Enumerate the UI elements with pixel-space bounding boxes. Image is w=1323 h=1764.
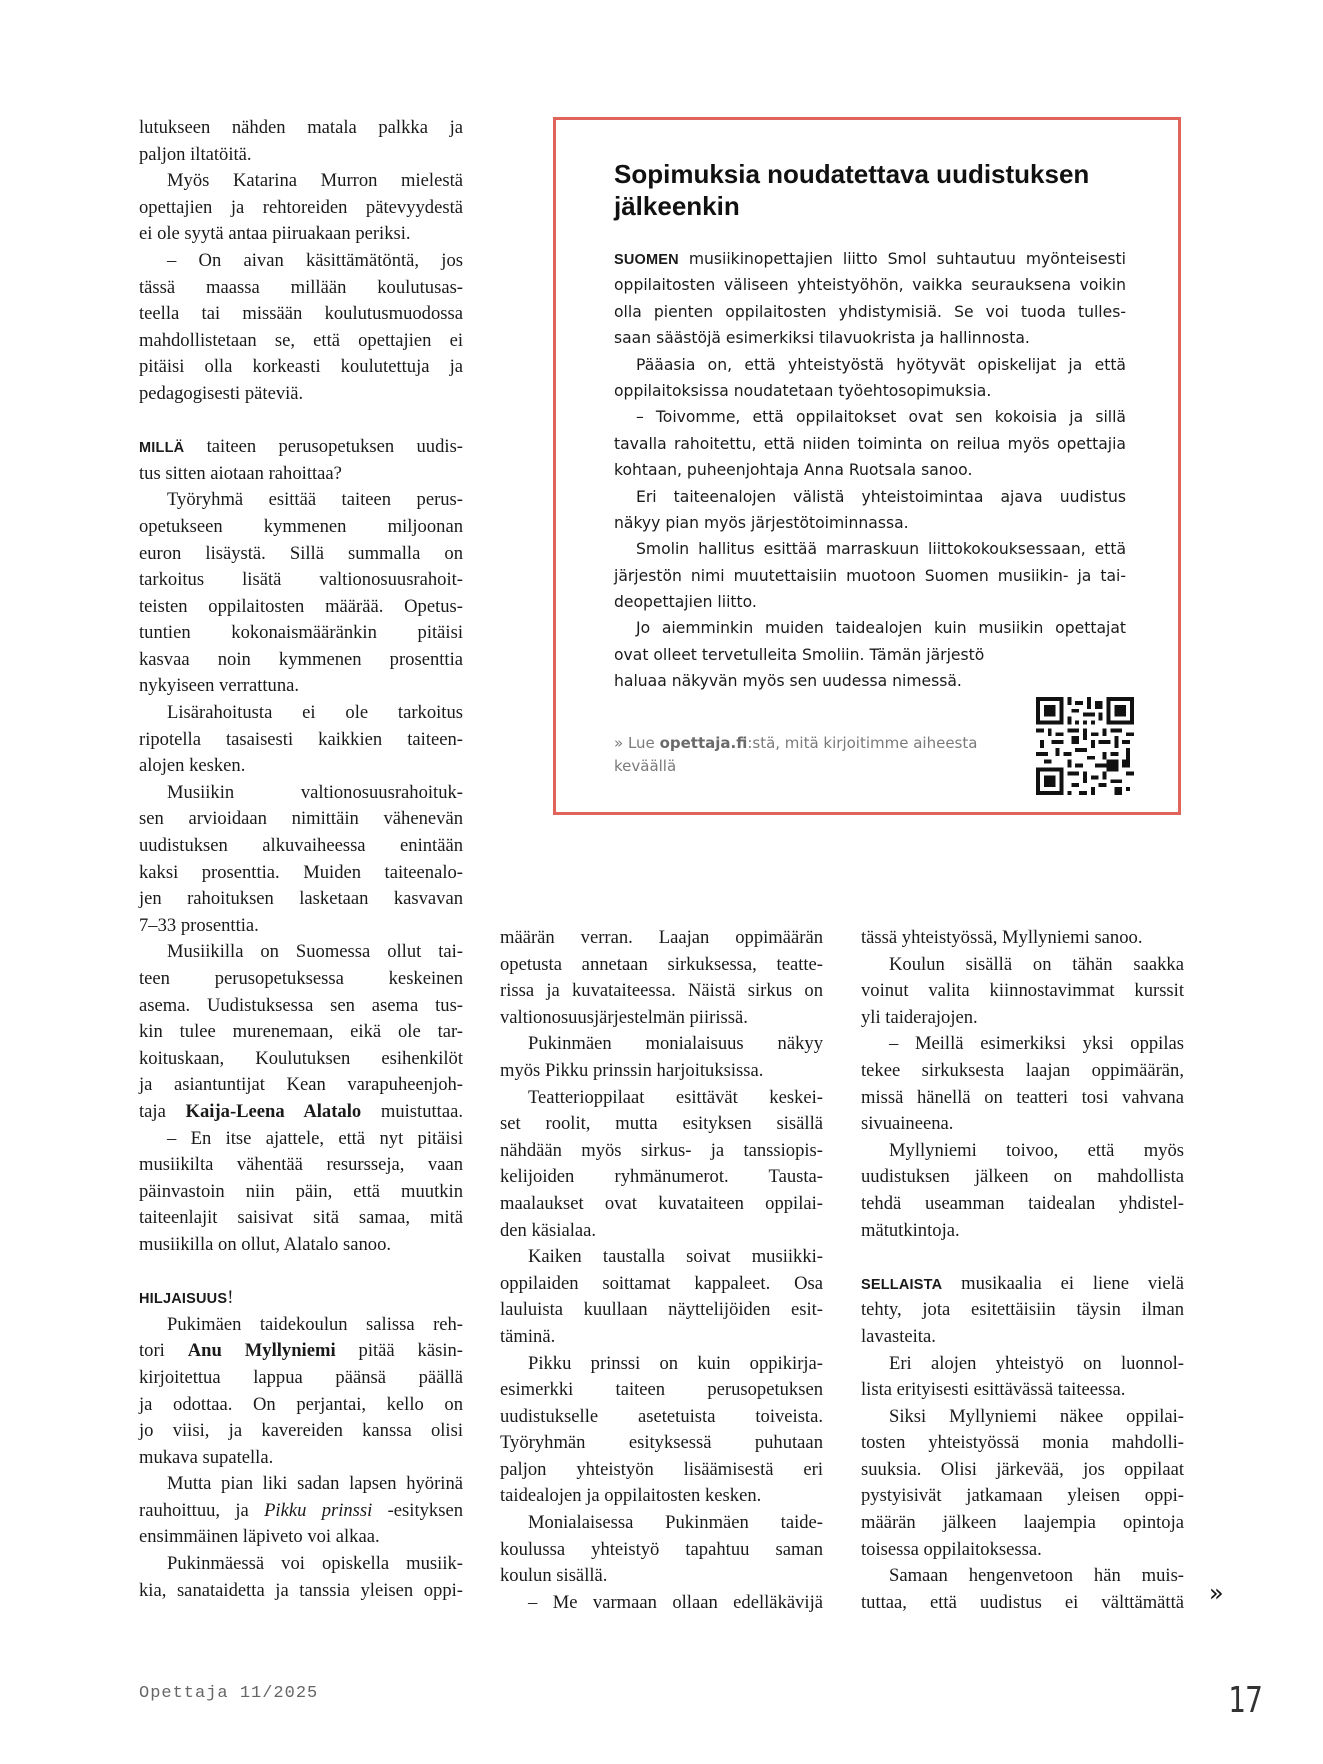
text-line: määrän verran. Laajan oppimäärän bbox=[500, 925, 823, 952]
text-line: lutukseen nähden matala palkka ja bbox=[139, 115, 463, 142]
text-line: teisten oppilaitosten määrää. Opetus- bbox=[139, 594, 463, 621]
section-lead-line: SELLAISTA musikaalia ei liene vielä bbox=[861, 1271, 1184, 1298]
article-column-middle: määrän verran. Laajan oppimäärän opetust… bbox=[500, 925, 823, 1616]
text-line: missä hänellä on teatteri tosi vahvana bbox=[861, 1085, 1184, 1112]
text-line: Samaan hengenvetoon hän muis- bbox=[861, 1563, 1184, 1590]
text-line: – On aivan käsittämätöntä, jos bbox=[139, 248, 463, 275]
text-line: – En itse ajattele, että nyt pitäisi bbox=[139, 1126, 463, 1153]
text-line: tekee sirkuksesta laajan oppimäärän, bbox=[861, 1058, 1184, 1085]
text-line: kelijoiden ryhmänumerot. Tausta- bbox=[500, 1164, 823, 1191]
text-line: Teatterioppilaat esittävät keskei- bbox=[500, 1085, 823, 1112]
text-line: opettajien ja rehtoreiden pätevyydestä bbox=[139, 195, 463, 222]
text-line: tuntien kokonaismääränkin pitäisi bbox=[139, 620, 463, 647]
text-line: Musiikin valtionosuusrahoituk- bbox=[139, 780, 463, 807]
text-line: Pukinmäen monialaisuus näkyy bbox=[500, 1031, 823, 1058]
text-line: tehdä useamman taidealan yhdistel- bbox=[861, 1191, 1184, 1218]
site-link[interactable]: opettaja.fi bbox=[660, 734, 748, 752]
person-name: Anu Myllyniemi bbox=[188, 1340, 336, 1361]
text-line: tuttaa, että uudistus ei välttämättä bbox=[861, 1590, 1184, 1617]
text-line: Lisärahoitusta ei ole tarkoitus bbox=[139, 700, 463, 727]
text-line: taiteenlajit saisivat sitä samaa, mitä bbox=[139, 1205, 463, 1232]
text-line: Mutta pian liki sadan lapsen hyörinä bbox=[139, 1471, 463, 1498]
sidebar-box-title: Sopimuksia noudatettava uudistuksen jälk… bbox=[614, 158, 1134, 222]
text-line: teella tai missään koulutusmuodossa bbox=[139, 301, 463, 328]
section-lead-line: MILLÄ taiteen perusopetuksen uudis- bbox=[139, 434, 463, 461]
text-line: saan säästöjä esimerkiksi tilavuokrista … bbox=[614, 325, 1126, 351]
text-line: tässä yhteistyössä, Myllyniemi sanoo. bbox=[861, 925, 1184, 952]
text-line: oppilaiden soittamat kappaleet. Osa bbox=[500, 1271, 823, 1298]
text-line: kirjoitettua lappua päänsä päällä bbox=[139, 1365, 463, 1392]
text-line: den käsialaa. bbox=[500, 1218, 823, 1245]
text-line: kohtaan, puheenjohtaja Anna Ruotsala san… bbox=[614, 457, 1126, 483]
text-line: euron lisäystä. Sillä summalla on bbox=[139, 541, 463, 568]
text-line: tarkoitus lisätä valtionosuusrahoit- bbox=[139, 567, 463, 594]
text-line: Koulun sisällä on tähän saakka bbox=[861, 952, 1184, 979]
text-line: näkyy pian myös järjestötoiminnassa. bbox=[614, 510, 1126, 536]
section-lead-suomen: SUOMEN bbox=[614, 252, 679, 268]
read-more-link[interactable]: » Lue opettaja.fi:stä, mitä kirjoitimme … bbox=[614, 732, 994, 778]
text-line: paljon iltatöitä. bbox=[139, 142, 463, 169]
section-lead-hiljaisuus: HILJAISUUS bbox=[139, 1291, 227, 1307]
text-line: asema. Uudistuksessa sen asema tus- bbox=[139, 993, 463, 1020]
text-line: Musiikilla on Suomessa ollut tai- bbox=[139, 939, 463, 966]
text-line: tavalla rahoitettu, että niiden toiminta… bbox=[614, 431, 1126, 457]
text-line: Työryhmän esityksessä puhutaan bbox=[500, 1430, 823, 1457]
text-line: musiikilta vähentää resursseja, vaan bbox=[139, 1152, 463, 1179]
text-line: opetukseen kymmenen miljoonan bbox=[139, 514, 463, 541]
text-line: kin tulee murenemaan, eikä ole tar- bbox=[139, 1019, 463, 1046]
text-line: rauhoittuu, ja Pikku prinssi -esityksen bbox=[139, 1498, 463, 1525]
double-chevron-right-icon: » bbox=[614, 734, 623, 752]
text-line: ja odottaa. On perjantai, kello on bbox=[139, 1392, 463, 1419]
text-line: ei ole syytä antaa piiruakaan periksi. bbox=[139, 221, 463, 248]
text-line: musiikilla on ollut, Alatalo sanoo. bbox=[139, 1232, 463, 1259]
text-line: Eri alojen yhteistyö on luonnol- bbox=[861, 1351, 1184, 1378]
text-line: tosten yhteistyössä monia mahdolli- bbox=[861, 1430, 1184, 1457]
text-line: mätutkintoja. bbox=[861, 1218, 1184, 1245]
text-line: maalaukset ovat kuvataiteen oppilai- bbox=[500, 1191, 823, 1218]
sidebar-box: Sopimuksia noudatettava uudistuksen jälk… bbox=[553, 117, 1181, 815]
text-line: teen perusopetuksessa keskeinen bbox=[139, 966, 463, 993]
article-column-right: tässä yhteistyössä, Myllyniemi sanoo. Ko… bbox=[861, 925, 1184, 1616]
qr-code-icon[interactable] bbox=[1036, 697, 1134, 795]
text-line: Pukimäen taidekoulun salissa reh- bbox=[139, 1312, 463, 1339]
text-line: Pikku prinssi on kuin oppikirja- bbox=[500, 1351, 823, 1378]
text-line: alojen kesken. bbox=[139, 753, 463, 780]
text-line: koulussa yhteistyö tapahtuu saman bbox=[500, 1537, 823, 1564]
text-line: Pääasia on, että yhteistyöstä hyötyvät o… bbox=[614, 352, 1126, 378]
text-line: suuksia. Olisi järkevää, jos oppilaat bbox=[861, 1457, 1184, 1484]
text-line: kia, sanataidetta ja tanssia yleisen opp… bbox=[139, 1578, 463, 1605]
text-line: järjestön nimi muutettaisiin muotoon Suo… bbox=[614, 563, 1126, 589]
work-title: Pikku prinssi bbox=[264, 1500, 372, 1521]
text-line: tus sitten aiotaan rahoittaa? bbox=[139, 461, 463, 488]
text-line: ovat olleet tervetulleita Smoliin. Tämän… bbox=[614, 642, 1126, 668]
text-line: päinvastoin niin päin, että muutkin bbox=[139, 1179, 463, 1206]
text-line: kaksi prosenttia. Muiden taiteenalo- bbox=[139, 860, 463, 887]
text-line: koituskaan, Koulutuksen esihenkilöt bbox=[139, 1046, 463, 1073]
text-line: Monialaisessa Pukinmäen taide- bbox=[500, 1510, 823, 1537]
text-line: Myllyniemi toivoo, että myös bbox=[861, 1138, 1184, 1165]
text-line: myös Pikku prinssin harjoituksissa. bbox=[500, 1058, 823, 1085]
text-line: ensimmäinen läpiveto voi alkaa. bbox=[139, 1524, 463, 1551]
text-line: voinut valita kiinnostavimmat kurssit bbox=[861, 978, 1184, 1005]
text-line: sen arvioidaan nimittäin vähenevän bbox=[139, 806, 463, 833]
text-line: lista erityisesti esittävässä taiteessa. bbox=[861, 1377, 1184, 1404]
text-line: haluaa näkyvän myös sen uudessa nimessä. bbox=[614, 668, 1126, 694]
article-column-left: lutukseen nähden matala palkka ja paljon… bbox=[139, 115, 463, 1604]
text-line: taja Kaija-Leena Alatalo muistuttaa. bbox=[139, 1099, 463, 1126]
text-line: mukava supatella. bbox=[139, 1445, 463, 1472]
text-line: täminä. bbox=[500, 1324, 823, 1351]
text-line: toisessa oppilaitoksessa. bbox=[861, 1537, 1184, 1564]
text-line: kasvaa noin kymmenen prosenttia bbox=[139, 647, 463, 674]
text-line: tori Anu Myllyniemi pitää käsin- bbox=[139, 1338, 463, 1365]
text-line: taidealojen ja oppilaitosten kesken. bbox=[500, 1483, 823, 1510]
text-line: nykyiseen verrattuna. bbox=[139, 673, 463, 700]
continue-arrow-icon: » bbox=[1209, 1580, 1224, 1606]
text-line: Jo aiemminkin muiden taidealojen kuin mu… bbox=[614, 615, 1126, 641]
section-lead-milla: MILLÄ bbox=[139, 440, 184, 456]
text-line: Kaiken taustalla soivat musiikki- bbox=[500, 1244, 823, 1271]
text-line: – Toivomme, että oppilaitokset ovat sen … bbox=[614, 404, 1126, 430]
section-lead-sellaista: SELLAISTA bbox=[861, 1277, 942, 1293]
text-line: – Meillä esimerkiksi yksi oppilas bbox=[861, 1031, 1184, 1058]
text-line: Smolin hallitus esittää marraskuun liitt… bbox=[614, 536, 1126, 562]
text-line: 7–33 prosenttia. bbox=[139, 913, 463, 940]
text-line: Siksi Myllyniemi näkee oppilai- bbox=[861, 1404, 1184, 1431]
text-line: paljon yhteistyön lisäämisestä eri bbox=[500, 1457, 823, 1484]
text-line: lavasteita. bbox=[861, 1324, 1184, 1351]
text-line: pedagogisesti päteviä. bbox=[139, 381, 463, 408]
text-line: ripotella tasaisesti kaikkien taiteen- bbox=[139, 727, 463, 754]
text-line: nähdään myös sirkus- ja tanssiopis- bbox=[500, 1138, 823, 1165]
text-line: Pukinmäessä voi opiskella musiik- bbox=[139, 1551, 463, 1578]
text-line: – Me varmaan ollaan edelläkävijä bbox=[500, 1590, 823, 1617]
text-line: mahdollistetaan se, että opettajien ei bbox=[139, 328, 463, 355]
text-line: uudistukselle asetetuista toiveista. bbox=[500, 1404, 823, 1431]
text-line: sivuaineena. bbox=[861, 1111, 1184, 1138]
text-line: määrän jälkeen laajempia opintoja bbox=[861, 1510, 1184, 1537]
sidebar-box-body: SUOMEN musiikinopettajien liitto Smol su… bbox=[614, 246, 1126, 695]
text-line: Eri taiteenalojen välistä yhteistoiminta… bbox=[614, 484, 1126, 510]
text-line: deopettajien liitto. bbox=[614, 589, 1126, 615]
text-line: SUOMEN musiikinopettajien liitto Smol su… bbox=[614, 246, 1126, 272]
text-line: jo viisi, ja kavereiden kanssa olisi bbox=[139, 1418, 463, 1445]
text-line: tässä maassa millään koulutusas- bbox=[139, 275, 463, 302]
text-line: olla pienten oppilaitosten yhdistymisiä.… bbox=[614, 299, 1126, 325]
text-line: opetusta annetaan sirkuksessa, teatte- bbox=[500, 952, 823, 979]
text-line: pystyisivät jatkamaan yleisen oppi- bbox=[861, 1483, 1184, 1510]
text-line: pitäisi olla korkeasti koulutettuja ja bbox=[139, 354, 463, 381]
person-name: Kaija-Leena Alatalo bbox=[186, 1101, 362, 1122]
text-line: set roolit, mutta esityksen sisällä bbox=[500, 1111, 823, 1138]
text-line: tehty, jota esitettäisiin täysin ilman bbox=[861, 1297, 1184, 1324]
text-line: yli taiderajojen. bbox=[861, 1005, 1184, 1032]
text-line: esimerkki taiteen perusopetuksen bbox=[500, 1377, 823, 1404]
text-line: koulun sisällä. bbox=[500, 1563, 823, 1590]
text-line: ja asiantuntijat Kean varapuheenjoh- bbox=[139, 1072, 463, 1099]
text-line: Myös Katarina Murron mielestä bbox=[139, 168, 463, 195]
text-line: valtionosuusjärjestelmän piirissä. bbox=[500, 1005, 823, 1032]
page-number: 17 bbox=[1228, 1680, 1263, 1721]
section-lead-line: HILJAISUUS! bbox=[139, 1285, 463, 1312]
text-line: jen rahoituksen lasketaan kasvavan bbox=[139, 886, 463, 913]
text-line: uudistuksen alkuvaiheessa enintään bbox=[139, 833, 463, 860]
text-line: oppilaitosten väliseen yhteistyöhön, vai… bbox=[614, 272, 1126, 298]
text-line: uudistuksen jälkeen on mahdollista bbox=[861, 1164, 1184, 1191]
publication-info: Opettaja 11/2025 bbox=[139, 1684, 318, 1703]
text-line: Työryhmä esittää taiteen perus- bbox=[139, 487, 463, 514]
text-line: rissa ja kuvataiteessa. Näistä sirkus on bbox=[500, 978, 823, 1005]
text-line: lauluista kuullaan näyttelijöiden esit- bbox=[500, 1297, 823, 1324]
text-line: oppilaitoksissa noudatetaan työehtosopim… bbox=[614, 378, 1126, 404]
